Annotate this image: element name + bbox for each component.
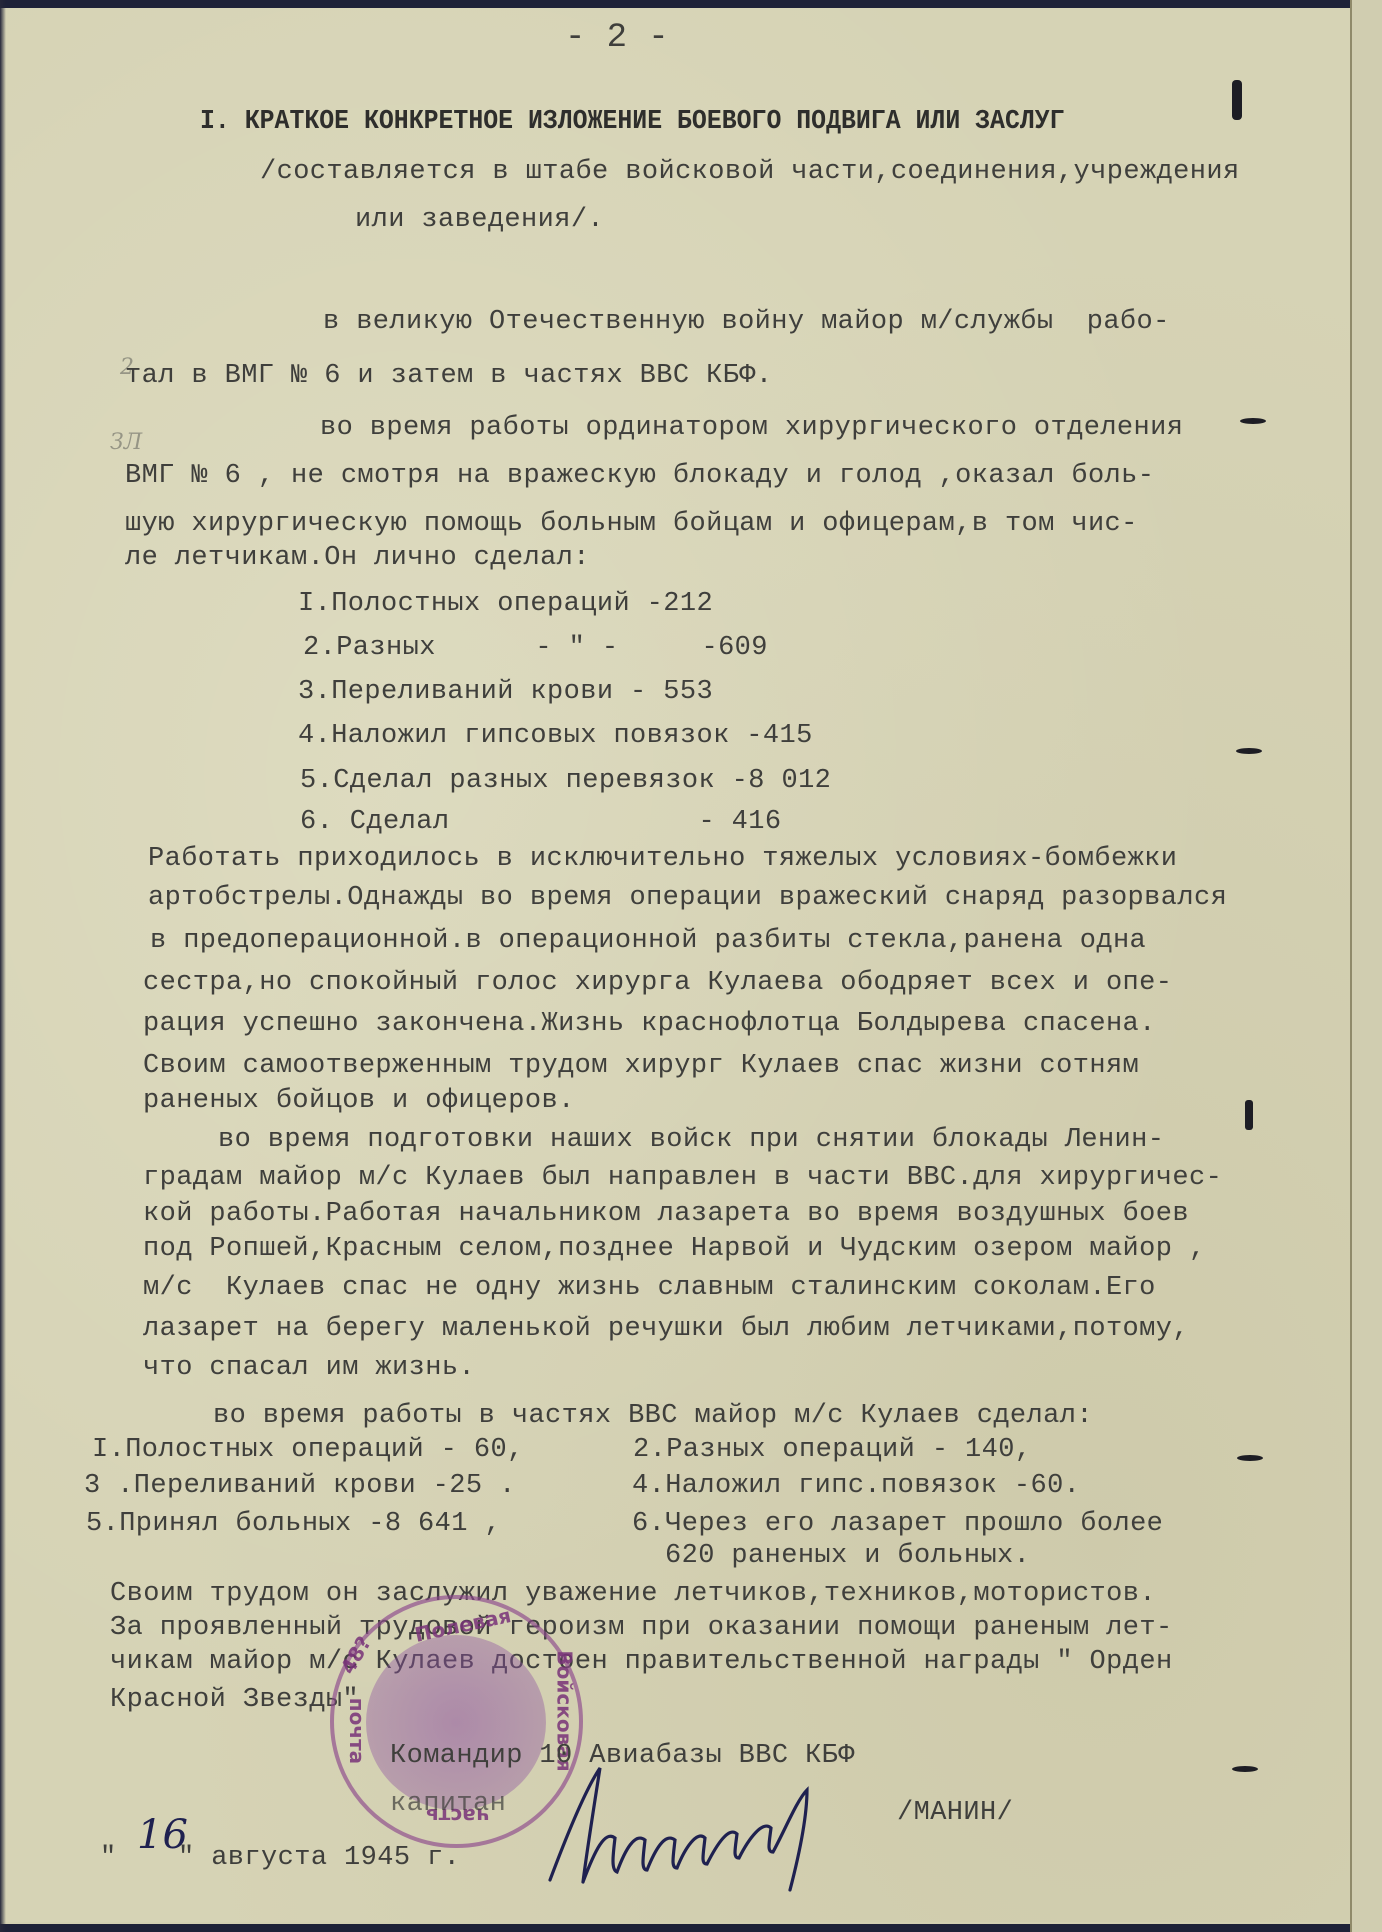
body-line: тал в ВМГ № 6 и затем в частях ВВС КБФ.	[125, 360, 773, 392]
body-line: что спасал им жизнь.	[143, 1352, 475, 1384]
body-line: Работать приходилось в исключительно тяж…	[148, 843, 1177, 875]
signatory-rank: капитан	[390, 1788, 506, 1820]
section-title: I. КРАТКОЕ КОНКРЕТНОЕ ИЗЛОЖЕНИЕ БОЕВОГО …	[200, 106, 1065, 138]
body-line: сестра,но спокойный голос хирурга Кулаев…	[143, 967, 1172, 999]
margin-note: ЗЛ	[110, 430, 142, 455]
list-item: I.Полостных операций -212	[298, 588, 713, 620]
page-bottom-edge	[0, 1924, 1382, 1932]
body-line: ВМГ № 6 , не смотря на вражескую блокаду…	[125, 460, 1154, 492]
body-line: лазарет на берегу маленькой речушки был …	[143, 1313, 1189, 1345]
list-item: 6. Сделал - 416	[300, 806, 781, 838]
body-line: Красной Звезды"	[110, 1684, 359, 1716]
list-item: 3.Переливаний крови - 553	[298, 676, 713, 708]
body-line: шую хирургическую помощь больным бойцам …	[125, 508, 1138, 540]
body-line: раненых бойцов и офицеров.	[143, 1085, 575, 1117]
body-line: артобстрелы.Однажды во время операции вр…	[148, 882, 1227, 914]
list-item: 6.Через его лазарет прошло более	[632, 1508, 1163, 1540]
body-line: Своим трудом он заслужил уважение летчик…	[110, 1578, 1156, 1610]
body-line: м/с Кулаев спас не одну жизнь славным ст…	[143, 1272, 1156, 1304]
hole-tear-icon	[1236, 748, 1262, 754]
stamp-emblem-icon	[366, 1635, 546, 1810]
body-line: ле летчикам.Он лично сделал:	[125, 542, 590, 574]
hole-tear-icon	[1232, 1766, 1258, 1772]
body-line: Своим самоотверженным трудом хирург Кула…	[143, 1050, 1139, 1082]
list-item: 2.Разных - " - -609	[303, 632, 768, 664]
date-text: " августа 1945 г.	[178, 1842, 460, 1874]
body-line: чикам майор м/с Кулаев достоен правитель…	[110, 1646, 1173, 1678]
page-left-edge	[0, 0, 6, 1932]
body-line: градам майор м/с Кулаев был направлен в …	[143, 1162, 1222, 1194]
list-item: 620 раненых и больных.	[665, 1540, 1030, 1572]
section-subtitle: /составляется в штабе войсковой части,со…	[260, 156, 1240, 188]
signature-icon	[545, 1760, 875, 1900]
body-line: в предоперационной.в операционной разбит…	[150, 925, 1146, 957]
hole-tear-icon	[1232, 80, 1242, 120]
date-open-quote: "	[100, 1842, 117, 1874]
body-line: во время подготовки наших войск при снят…	[218, 1124, 1164, 1156]
body-line: в великую Отечественную войну майор м/сл…	[323, 306, 1170, 338]
list-item: 2.Разных операций - 140,	[633, 1434, 1031, 1466]
list-item: 4.Наложил гипс.повязок -60.	[632, 1470, 1080, 1502]
list-item: 5.Сделал разных перевязок -8 012	[300, 765, 831, 797]
body-line: во время работы ординатором хирургическо…	[320, 412, 1183, 444]
page-number: - 2 -	[565, 22, 669, 54]
hole-tear-icon	[1245, 1100, 1253, 1130]
page-top-edge	[0, 0, 1382, 8]
body-line: рация успешно закончена.Жизнь краснофлот…	[143, 1008, 1156, 1040]
body-line: За проявленный трудовой героизм при оказ…	[110, 1612, 1173, 1644]
list-item: 3 .Переливаний крови -25 .	[84, 1470, 516, 1502]
body-line: во время работы в частях ВВС майор м/с К…	[213, 1400, 1093, 1432]
section-subtitle: или заведения/.	[355, 204, 604, 236]
attached-strip	[1352, 0, 1382, 1932]
signatory-name: /МАНИН/	[897, 1797, 1013, 1829]
body-line: под Ропшей,Красным селом,позднее Нарвой …	[143, 1233, 1206, 1265]
stamp-text: почта	[345, 1698, 369, 1764]
fold-line	[1350, 0, 1352, 1932]
list-item: I.Полостных операций - 60,	[92, 1434, 524, 1466]
body-line: кой работы.Работая начальником лазарета …	[143, 1198, 1189, 1230]
hole-tear-icon	[1240, 418, 1266, 424]
hole-tear-icon	[1237, 1455, 1263, 1461]
list-item: 4.Наложил гипсовых повязок -415	[298, 720, 813, 752]
list-item: 5.Принял больных -8 641 ,	[86, 1508, 501, 1540]
